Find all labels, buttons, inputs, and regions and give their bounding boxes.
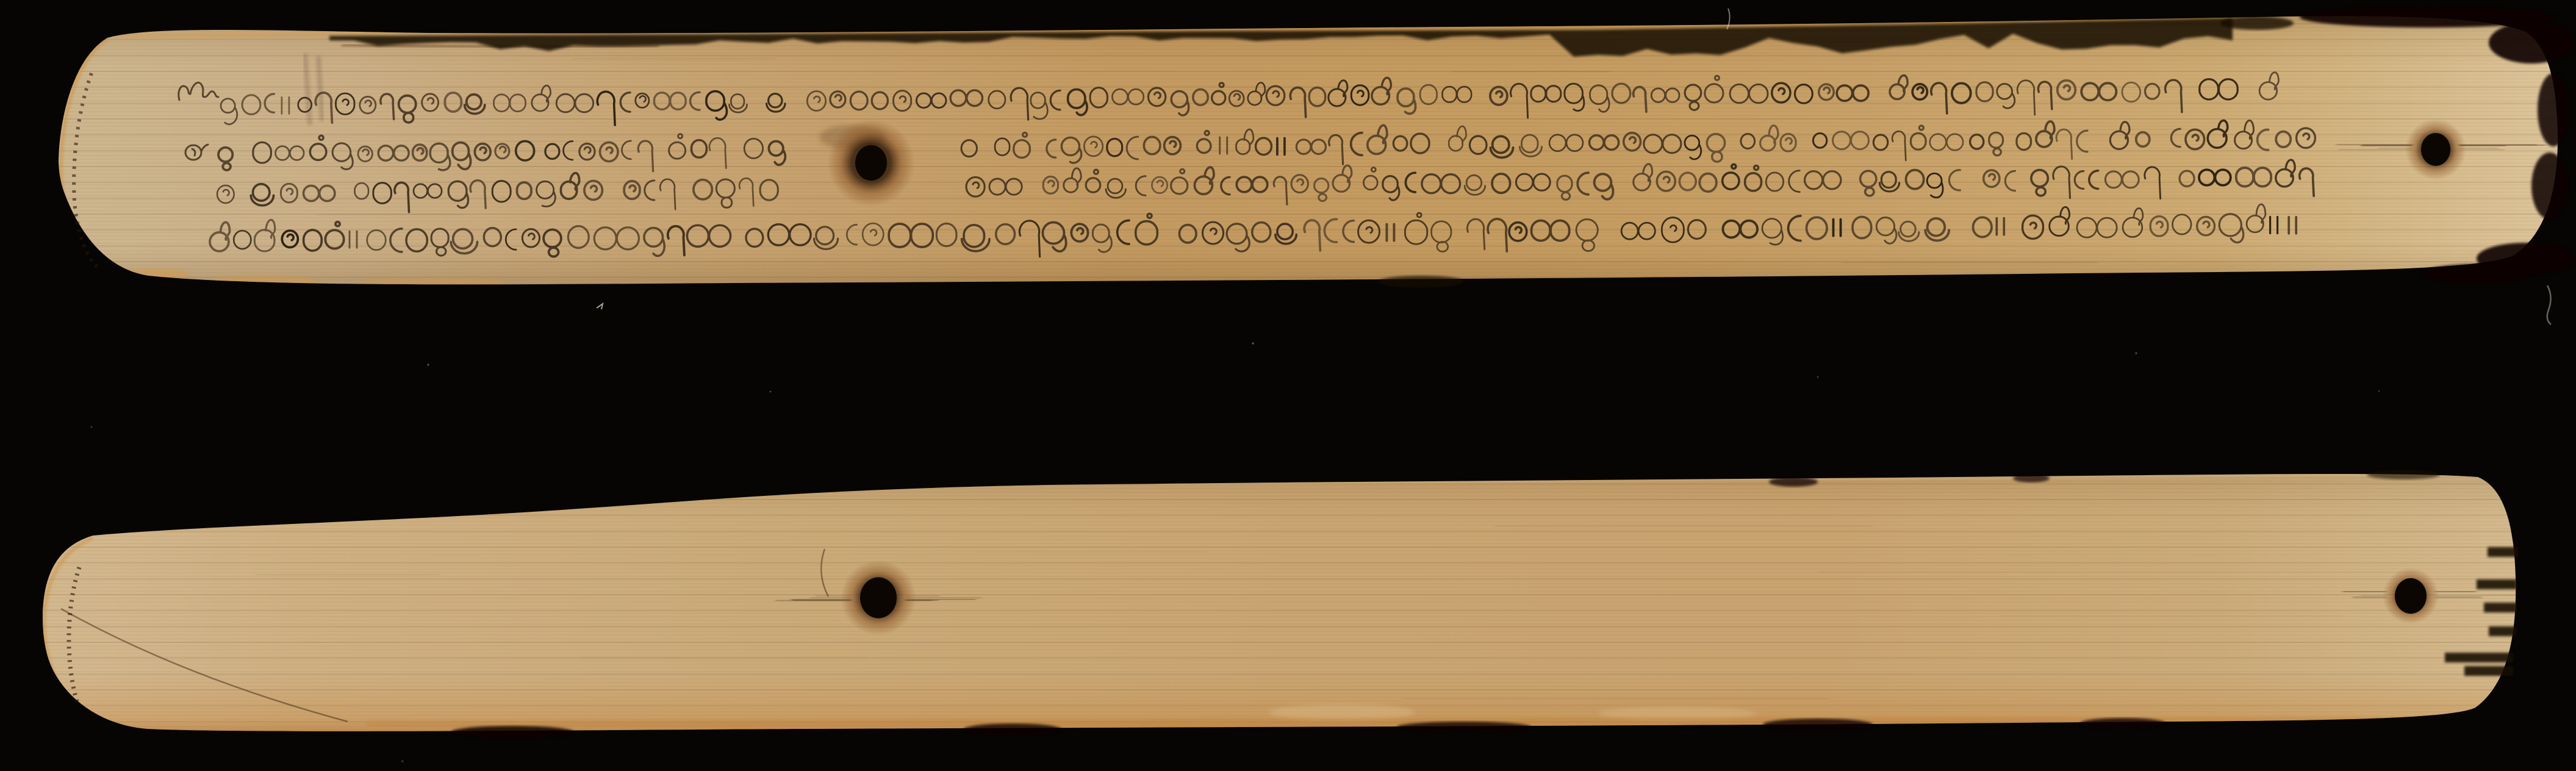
dust-speck bbox=[1252, 342, 1254, 344]
dust-speck bbox=[2135, 352, 2137, 354]
edge-damage-patch bbox=[2423, 264, 2533, 282]
surface-streak bbox=[573, 59, 775, 59]
edge-damage-patch bbox=[2489, 22, 2574, 63]
photograph-palm-leaf-manuscript: Two horizontal palm-leaf manuscript foli… bbox=[0, 0, 2576, 771]
edge-damage-patch bbox=[451, 726, 573, 738]
hole-core bbox=[2421, 133, 2450, 166]
edge-damage-patch bbox=[2531, 152, 2568, 220]
surface-streak bbox=[1403, 698, 1830, 699]
hole-core bbox=[2395, 578, 2427, 614]
surface-streak bbox=[1452, 71, 1610, 72]
edge-damage-patch bbox=[964, 723, 1061, 736]
edge-damage-patch bbox=[2367, 470, 2440, 479]
dust-speck bbox=[402, 761, 404, 762]
top-leaf-inscribed bbox=[55, 6, 2574, 290]
edge-damage-patch bbox=[2013, 474, 2050, 482]
surface-streak bbox=[2001, 615, 2342, 616]
edge-damage-patch bbox=[1397, 722, 1531, 733]
surface-streak bbox=[1818, 572, 2416, 572]
dust-speck bbox=[2378, 390, 2380, 392]
dust-speck bbox=[91, 426, 93, 428]
manuscript-photo-canvas bbox=[0, 0, 2576, 771]
surface-streak bbox=[256, 575, 439, 575]
edge-damage-patch bbox=[2538, 73, 2569, 146]
dust-speck bbox=[1817, 376, 1819, 378]
edge-damage-patch bbox=[1763, 719, 1873, 731]
hole-core bbox=[860, 577, 897, 618]
edge-damage-patch bbox=[2080, 718, 2165, 729]
dust-speck bbox=[770, 391, 772, 393]
edge-damage-patch bbox=[1769, 477, 1818, 487]
surface-streak bbox=[1842, 262, 2098, 263]
surface-streak bbox=[1494, 526, 1873, 526]
hole-core bbox=[855, 145, 887, 181]
surface-streak bbox=[317, 214, 464, 215]
surface-streak bbox=[427, 142, 610, 142]
edge-damage-patch bbox=[1379, 276, 1464, 288]
dust-speck bbox=[427, 364, 429, 365]
